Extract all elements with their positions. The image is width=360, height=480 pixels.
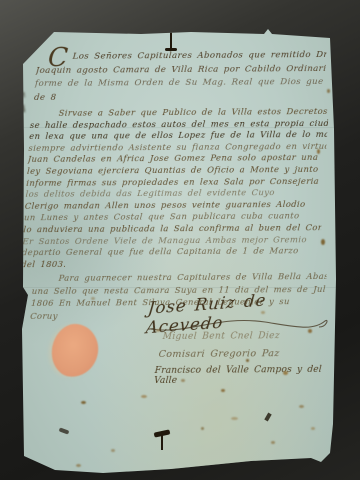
script-line: Los Señores Capitulares Abonados que rem… xyxy=(36,49,327,65)
script-line: los delitos debida das Legitimas del evi… xyxy=(25,187,324,201)
foxing-spot xyxy=(141,395,147,398)
foxing-spot xyxy=(299,405,304,408)
opening-paragraph: Los Señores Capitulares Abonados que rem… xyxy=(34,49,327,105)
foxing-spot xyxy=(246,359,249,362)
foxing-spot xyxy=(231,417,238,420)
foxing-spot xyxy=(181,379,185,382)
wax-seal xyxy=(49,321,102,380)
foxing-spot xyxy=(271,441,275,444)
body-paragraph: Sirvase a Saber que Publico de la Villa … xyxy=(21,106,329,270)
foxing-spot xyxy=(201,427,204,430)
script-line: del 1803. xyxy=(21,257,320,271)
ink-mark xyxy=(165,48,177,51)
foxing-spot xyxy=(283,371,288,375)
foxing-spot xyxy=(156,329,160,332)
foxing-spot xyxy=(327,89,330,93)
script-line: un Lunes y antes Costal que San publicar… xyxy=(24,210,323,224)
foxing-spot xyxy=(111,449,115,452)
foxing-spot xyxy=(317,149,320,154)
foxing-spot xyxy=(308,329,312,333)
foxing-spot xyxy=(81,401,86,404)
foxing-spot xyxy=(221,389,225,392)
quaternary-signature: Francisco del Valle Campos y del Valle xyxy=(154,365,336,386)
ink-scribble xyxy=(161,434,163,450)
script-line: departio General que fue della Capitania… xyxy=(22,245,321,259)
photograph-backdrop: C Los Señores Capitulares Abonados que r… xyxy=(0,0,360,480)
foxing-spot xyxy=(311,427,315,430)
script-line: de 8 xyxy=(34,89,325,105)
ink-mark xyxy=(264,413,271,422)
ink-mark xyxy=(59,427,70,434)
script-line: siempre advirtiendo Asistente su fianza … xyxy=(28,141,327,155)
script-line: forme de la Misma Orden de Su Mag. Real … xyxy=(34,76,325,92)
secondary-signature: Miguel Bent Cnel Diez xyxy=(162,331,280,342)
foxing-spot xyxy=(76,464,81,467)
ink-bleedthrough: sdjtwne smerche olntav desbtu milcho ser… xyxy=(0,87,25,120)
foxing-spot xyxy=(321,239,325,245)
foxing-spot xyxy=(91,297,95,300)
manuscript-sheet: C Los Señores Capitulares Abonados que r… xyxy=(21,29,336,473)
foxing-spot xyxy=(261,311,265,314)
tertiary-signature: Comisari Gregorio Paz xyxy=(158,348,280,360)
